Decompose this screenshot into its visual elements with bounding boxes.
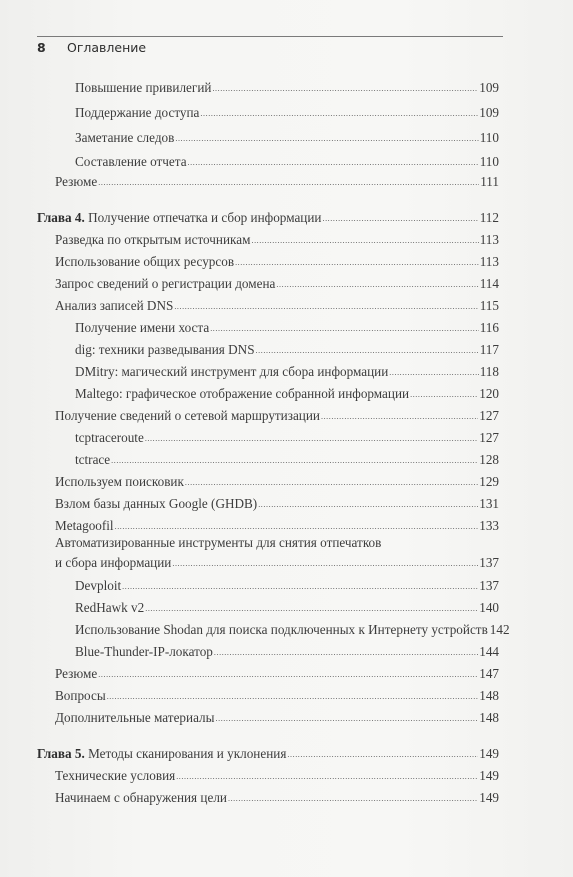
toc-entry: Maltego: графическое отображение собранн… — [75, 386, 499, 404]
header-rule — [37, 36, 503, 37]
toc-entry: Резюме147 — [55, 666, 499, 684]
toc-entry: Составление отчета110 — [75, 154, 499, 172]
toc-entry: RedHawk v2140 — [75, 600, 499, 618]
leader-dots — [107, 689, 479, 705]
toc-entry-title: Blue-Thunder-IP-локатор — [75, 644, 213, 660]
toc-page-number: 127 — [479, 408, 499, 424]
toc-entry: Дополнительные материалы148 — [55, 710, 499, 728]
toc-page-number: 140 — [479, 600, 499, 616]
toc-entry: Используем поисковик129 — [55, 474, 499, 492]
chapter-title: Методы сканирования и уклонения — [88, 746, 286, 761]
toc-page-number: 128 — [479, 452, 499, 468]
leader-dots — [410, 387, 478, 403]
toc-entry: Metagoofil133 — [55, 518, 499, 536]
toc-entry-title: dig: техники разведывания DNS — [75, 342, 255, 358]
toc-entry: Заметание следов110 — [75, 130, 499, 148]
toc-entry: Использование Shodan для поиска подключе… — [75, 622, 499, 640]
toc-entry: Devploit137 — [75, 578, 499, 596]
toc-entry: и сбора информации137 — [55, 555, 499, 573]
running-header: 8 Оглавление — [37, 40, 146, 55]
chapter-label: Глава 4. — [37, 210, 88, 225]
toc-page-number: 142 — [490, 622, 510, 638]
toc-chapter-entry: Глава 4. Получение отпечатка и сбор инфо… — [37, 210, 499, 228]
toc-entry-title: Взлом базы данных Google (GHDB) — [55, 496, 257, 512]
toc-page-number: 110 — [480, 154, 499, 170]
toc-entry: Разведка по открытым источникам113 — [55, 232, 499, 250]
toc-entry: Повышение привилегий109 — [75, 80, 499, 98]
toc-page-number: 111 — [480, 174, 499, 190]
toc-page-number: 131 — [479, 496, 499, 512]
toc-entry: Поддержание доступа109 — [75, 105, 499, 123]
toc-entry: Резюме111 — [55, 174, 499, 192]
toc-entry-title: Используем поисковик — [55, 474, 184, 490]
leader-dots — [216, 711, 479, 727]
toc-entry: Blue-Thunder-IP-локатор144 — [75, 644, 499, 662]
leader-dots — [389, 365, 478, 381]
toc-entry-title: RedHawk v2 — [75, 600, 144, 616]
toc-entry-title: Использование общих ресурсов — [55, 254, 234, 270]
toc-entry-title: Дополнительные материалы — [55, 710, 215, 726]
toc-entry-title: Получение сведений о сетевой маршрутизац… — [55, 408, 320, 424]
toc-entry: tctrace128 — [75, 452, 499, 470]
toc-entry-title: DMitry: магический инструмент для сбора … — [75, 364, 388, 380]
toc-entry-title: Поддержание доступа — [75, 105, 199, 121]
toc-entry-title: Резюме — [55, 174, 97, 190]
toc-page-number: 148 — [479, 710, 499, 726]
leader-dots — [256, 343, 479, 359]
toc-page-number: 117 — [480, 342, 499, 358]
toc-page-number: 144 — [479, 644, 499, 660]
toc-page-number: 112 — [480, 210, 499, 226]
toc-entry: Взлом базы данных Google (GHDB)131 — [55, 496, 499, 514]
toc-entry-title: Технические условия — [55, 768, 175, 784]
leader-dots — [111, 453, 478, 469]
toc-entry: Вопросы148 — [55, 688, 499, 706]
leader-dots — [258, 497, 478, 513]
leader-dots — [188, 155, 479, 171]
leader-dots — [185, 475, 478, 491]
leader-dots — [214, 645, 478, 661]
leader-dots — [287, 747, 478, 763]
leader-dots — [200, 106, 478, 122]
leader-dots — [321, 409, 478, 425]
leader-dots — [174, 299, 478, 315]
toc-page-number: 110 — [480, 130, 499, 146]
toc-page-number: 137 — [479, 555, 499, 571]
toc-page-number: 133 — [479, 518, 499, 534]
toc-page-number: 149 — [479, 768, 499, 784]
toc-entry-title: Заметание следов — [75, 130, 174, 146]
leader-dots — [322, 211, 478, 227]
leader-dots — [228, 791, 478, 807]
toc-page-number: 114 — [480, 276, 499, 292]
toc-entry: Запрос сведений о регистрации домена114 — [55, 276, 499, 294]
leader-dots — [145, 601, 478, 617]
toc-entry-title: и сбора информации — [55, 555, 171, 571]
toc-page-number: 116 — [480, 320, 499, 336]
leader-dots — [98, 175, 479, 191]
leader-dots — [212, 81, 478, 97]
leader-dots — [98, 667, 478, 683]
toc-entry-title: Вопросы — [55, 688, 106, 704]
toc-entry-title: tctrace — [75, 452, 110, 468]
toc-entry: dig: техники разведывания DNS117 — [75, 342, 499, 360]
leader-dots — [172, 556, 478, 572]
leader-dots — [251, 233, 478, 249]
book-page: 8 Оглавление Повышение привилегий109Подд… — [0, 0, 573, 877]
toc-page-number: 118 — [480, 364, 499, 380]
toc-entry: Начинаем с обнаружения цели149 — [55, 790, 499, 808]
toc-entry: Использование общих ресурсов113 — [55, 254, 499, 272]
toc-entry-title: Резюме — [55, 666, 97, 682]
toc-entry-title: Запрос сведений о регистрации домена — [55, 276, 275, 292]
toc-entry-title: Анализ записей DNS — [55, 298, 173, 314]
chapter-title: Получение отпечатка и сбор информации — [88, 210, 321, 225]
toc-page-number: 149 — [479, 790, 499, 806]
leader-dots — [175, 131, 478, 147]
toc-entry-title: Составление отчета — [75, 154, 187, 170]
toc-entry-title: Получение имени хоста — [75, 320, 209, 336]
toc-page-number: 137 — [479, 578, 499, 594]
toc-entry-title: Глава 5. Методы сканирования и уклонения — [37, 746, 286, 762]
toc-page-number: 115 — [480, 298, 499, 314]
toc-page-number: 120 — [479, 386, 499, 402]
chapter-label: Глава 5. — [37, 746, 88, 761]
toc-entry: Получение сведений о сетевой маршрутизац… — [55, 408, 499, 426]
leader-dots — [122, 579, 478, 595]
toc-entry-title: Maltego: графическое отображение собранн… — [75, 386, 409, 402]
toc-entry-title: Devploit — [75, 578, 121, 594]
toc-entry-title: Начинаем с обнаружения цели — [55, 790, 227, 806]
toc-entry: Анализ записей DNS115 — [55, 298, 499, 316]
toc-page-number: 149 — [479, 746, 499, 762]
toc-entry: Технические условия149 — [55, 768, 499, 786]
toc-page-number: 127 — [479, 430, 499, 446]
leader-dots — [176, 769, 478, 785]
leader-dots — [235, 255, 479, 271]
toc-entry: DMitry: магический инструмент для сбора … — [75, 364, 499, 382]
toc-entry-title: Использование Shodan для поиска подключе… — [75, 622, 488, 638]
toc-page-number: 113 — [480, 254, 499, 270]
leader-dots — [115, 519, 479, 535]
running-title: Оглавление — [67, 40, 146, 55]
leader-dots — [276, 277, 478, 293]
toc-entry-title: Глава 4. Получение отпечатка и сбор инфо… — [37, 210, 321, 226]
toc-entry-title: tcptraceroute — [75, 430, 144, 446]
leader-dots — [210, 321, 479, 337]
toc-entry-title: Повышение привилегий — [75, 80, 211, 96]
toc-entry-title: Metagoofil — [55, 518, 114, 534]
toc-entry-title: Разведка по открытым источникам — [55, 232, 250, 248]
toc-chapter-entry: Глава 5. Методы сканирования и уклонения… — [37, 746, 499, 764]
toc-page-number: 109 — [479, 80, 499, 96]
page-number: 8 — [37, 40, 67, 55]
toc-page-number: 147 — [479, 666, 499, 682]
toc-page-number: 109 — [479, 105, 499, 121]
leader-dots — [145, 431, 478, 447]
toc-entry: Получение имени хоста116 — [75, 320, 499, 338]
toc-entry: tcptraceroute127 — [75, 430, 499, 448]
toc-page-number: 113 — [480, 232, 499, 248]
toc-entry-title-line1: Автоматизированные инструменты для сняти… — [55, 535, 381, 551]
toc-page-number: 148 — [479, 688, 499, 704]
toc-page-number: 129 — [479, 474, 499, 490]
